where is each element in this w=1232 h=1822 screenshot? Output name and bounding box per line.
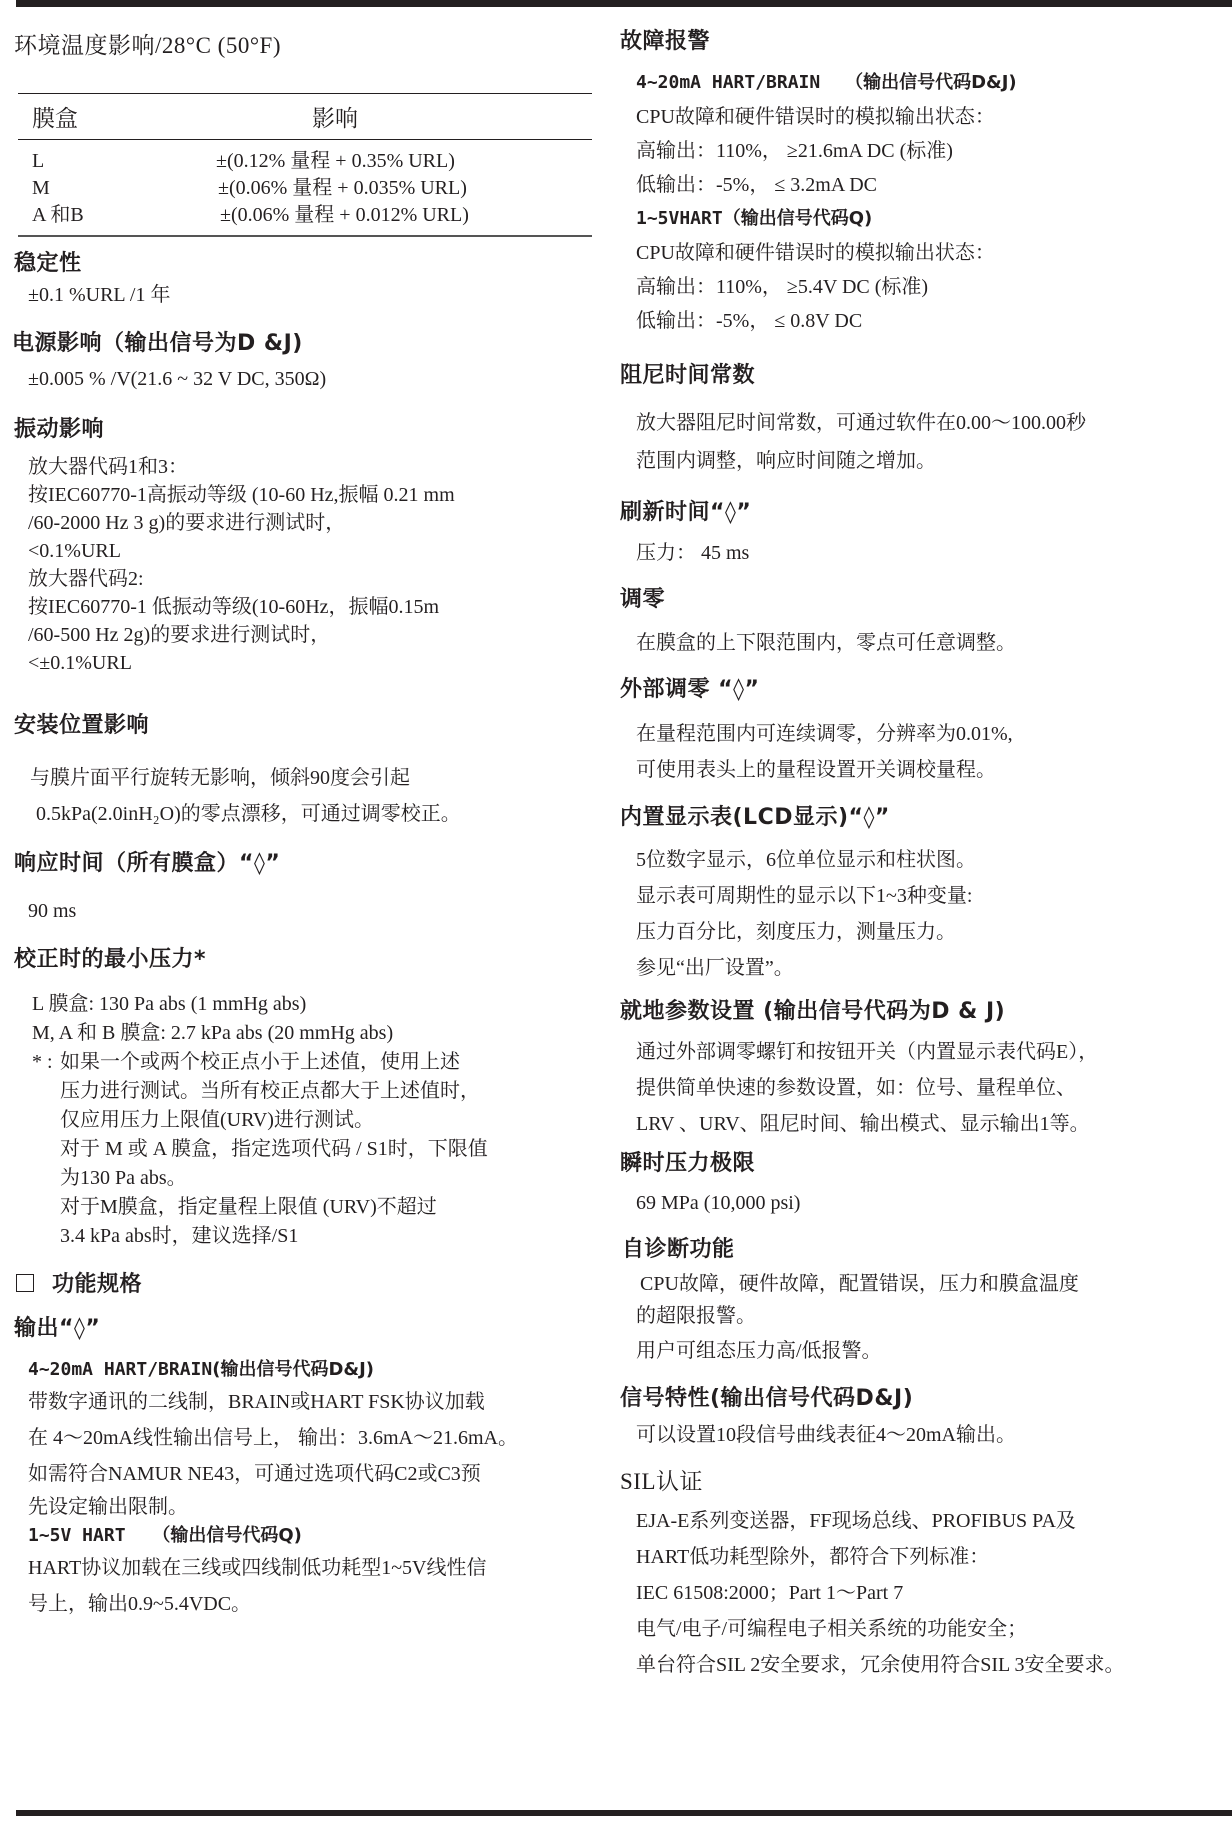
section-title-external-zero: 外部调零 “◊” — [620, 676, 759, 704]
section-title-overpressure: 瞬时压力极限 — [620, 1150, 755, 1178]
output-subheading-4-20ma: 4~20mA HART/BRAIN(输出信号代码D&J) — [28, 1356, 518, 1384]
section-title-update-time: 刷新时间“◊” — [620, 499, 751, 527]
text-line: 低输出：-5%， ≤ 3.2mA DC — [636, 168, 1017, 202]
section-title-ambient-temp: 环境温度影响/28°C (50°F) — [14, 32, 281, 60]
text-line: LRV 、URV、阻尼时间、输出模式、显示输出1等。 — [636, 1106, 1098, 1142]
vibration-body: 放大器代码1和3： 按IEC60770-1高振动等级 (10-60 Hz,振幅 … — [28, 453, 455, 677]
signal-code: 4~20mA HART/BRAIN — [636, 72, 831, 93]
text-line: <0.1%URL — [28, 537, 455, 565]
text-line: EJA-E系列变送器，FF现场总线、PROFIBUS PA及 — [636, 1503, 1125, 1539]
mounting-body: 与膜片面平行旋转无影响，倾斜90度会引起 0.5kPa(2.0inH₂O)的零点… — [30, 760, 461, 832]
text-line: ±0.005 % /V(21.6 ~ 32 V DC, 350Ω) — [28, 366, 326, 392]
text-line: 放大器代码2: — [28, 565, 455, 593]
text-line: CPU故障和硬件错误时的模拟输出状态： — [636, 236, 1017, 270]
text-line: 用户可组态压力高/低报警。 — [636, 1332, 1079, 1370]
text-line: 压力： 45 ms — [636, 538, 749, 568]
text-line: 号上，输出0.9~5.4VDC。 — [28, 1586, 518, 1622]
signal-code-label: (输出信号代码D&J) — [212, 1359, 374, 1380]
section-title-self-diag: 自诊断功能 — [622, 1236, 735, 1264]
text-line: L 膜盒: 130 Pa abs (1 mmHg abs) — [32, 990, 488, 1019]
text-line: 与膜片面平行旋转无影响，倾斜90度会引起 — [30, 760, 461, 796]
top-rule — [16, 0, 1232, 7]
text-line: 范围内调整，响应时间随之增加。 — [636, 442, 1086, 480]
ambient-temp-table: 膜盒 影响 L ±(0.12% 量程 + 0.35% URL) M ±(0.06… — [18, 93, 592, 237]
text-line: 3.4 kPa abs时，建议选择/S1 — [60, 1222, 488, 1251]
section-title-min-pressure: 校正时的最小压力* — [14, 946, 206, 974]
text-line: HART协议加载在三线或四线制低功耗型1~5V线性信 — [28, 1550, 518, 1586]
section-title-response-time: 响应时间（所有膜盒）“◊” — [14, 850, 280, 878]
text-line: 压力百分比，刻度压力，测量压力。 — [636, 914, 976, 950]
table-row: L ±(0.12% 量程 + 0.35% URL) — [18, 140, 592, 176]
section-title-power-supply: 电源影响（输出信号为D &J) — [12, 330, 303, 358]
overpressure-body: 69 MPa (10,000 psi) — [636, 1188, 800, 1218]
fault-subheading-1-5v: 1~5VHART（输出信号代码Q) — [636, 202, 1017, 236]
text-line: 5位数字显示，6位单位显示和柱状图。 — [636, 842, 976, 878]
signal-code: 1~5V HART — [28, 1525, 136, 1546]
lcd-body: 5位数字显示，6位单位显示和柱状图。 显示表可周期性的显示以下1~3种变量: 压… — [636, 842, 976, 986]
section-title-stability: 稳定性 — [14, 250, 82, 278]
table-row: M ±(0.06% 量程 + 0.035% URL) — [18, 175, 592, 202]
section-title-output: 输出“◊” — [14, 1315, 100, 1343]
text-line: 低输出：-5%， ≤ 0.8V DC — [636, 304, 1017, 338]
text-line: 69 MPa (10,000 psi) — [636, 1188, 800, 1218]
text-line: 参见“出厂设置”。 — [636, 950, 976, 986]
signal-code-label: （输出信号代码Q) — [136, 1525, 302, 1546]
effect-cell: ±(0.06% 量程 + 0.012% URL) — [162, 202, 592, 236]
text-line: 的超限报警。 — [636, 1300, 1079, 1332]
text-line: 仅应用压力上限值(URV)进行测试。 — [60, 1106, 488, 1135]
signal-code-label: （输出信号代码Q) — [723, 208, 873, 229]
text-line: 单台符合SIL 2安全要求，冗余使用符合SIL 3安全要求。 — [636, 1647, 1125, 1683]
capsule-cell: M — [18, 175, 162, 202]
section-title-damping: 阻尼时间常数 — [620, 362, 755, 390]
text-line: 为130 Pa abs。 — [60, 1164, 488, 1193]
text-line: 对于M膜盒，指定量程上限值 (URV)不超过 — [60, 1193, 488, 1222]
stability-body: ±0.1 %URL /1 年 — [28, 282, 170, 308]
signal-code: 1~5VHART — [636, 208, 723, 229]
self-diag-body: CPU故障，硬件故障，配置错误，压力和膜盒温度 的超限报警。 用户可组态压力高/… — [640, 1268, 1079, 1370]
text-line: 高输出：110%， ≥21.6mA DC (标准) — [636, 134, 1017, 168]
damping-body: 放大器阻尼时间常数，可通过软件在0.00～100.00秒 范围内调整，响应时间随… — [636, 404, 1086, 480]
text-line: M, A 和 B 膜盒: 2.7 kPa abs (20 mmHg abs) — [32, 1019, 488, 1048]
section-title-zero-adjust: 调零 — [620, 586, 665, 614]
text-line: 在 4～20mA线性输出信号上， 输出：3.6mA～21.6mA。 — [28, 1420, 518, 1456]
effect-cell: ±(0.12% 量程 + 0.35% URL) — [162, 140, 592, 176]
fault-alarm-body: 4~20mA HART/BRAIN （输出信号代码D&J) CPU故障和硬件错误… — [636, 66, 1017, 338]
text-line: 先设定输出限制。 — [28, 1492, 518, 1522]
signal-code: 4~20mA HART/BRAIN — [28, 1359, 212, 1380]
table-row: A 和B ±(0.06% 量程 + 0.012% URL) — [18, 202, 592, 236]
signal-code-label: （输出信号代码D&J) — [831, 72, 1017, 93]
text-line: 如果一个或两个校正点小于上述值，使用上述 — [60, 1048, 488, 1077]
table-header-effect: 影响 — [162, 94, 592, 140]
text-line: 0.5kPa(2.0inH₂O)的零点漂移，可通过调零校正。 — [30, 796, 461, 832]
section-title-mounting: 安装位置影响 — [14, 712, 149, 740]
text-line: 高输出：110%， ≥5.4V DC (标准) — [636, 270, 1017, 304]
text-line: <±0.1%URL — [28, 649, 455, 677]
text-line: CPU故障，硬件故障，配置错误，压力和膜盒温度 — [640, 1268, 1079, 1300]
text-line: /60-500 Hz 2g)的要求进行测试时， — [28, 621, 455, 649]
capsule-cell: A 和B — [18, 202, 162, 236]
text-line: 提供简单快速的参数设置，如：位号、量程单位、 — [636, 1070, 1098, 1106]
signal-char-body: 可以设置10段信号曲线表征4～20mA输出。 — [636, 1420, 1016, 1450]
text-line: 电气/电子/可编程电子相关系统的功能安全； — [636, 1611, 1125, 1647]
min-pressure-note: * : 如果一个或两个校正点小于上述值，使用上述 压力进行测试。当所有校正点都大… — [32, 1048, 488, 1251]
section-title-signal-char: 信号特性(输出信号代码D&J) — [620, 1385, 913, 1413]
text-line: 显示表可周期性的显示以下1~3种变量: — [636, 878, 976, 914]
text-line: CPU故障和硬件错误时的模拟输出状态： — [636, 100, 1017, 134]
text-line: 对于 M 或 A 膜盒，指定选项代码 / S1时，下限值 — [60, 1135, 488, 1164]
local-param-body: 通过外部调零螺钉和按钮开关（内置显示表代码E）， 提供简单快速的参数设置，如：位… — [636, 1034, 1098, 1142]
text-line: 按IEC60770-1高振动等级 (10-60 Hz,振幅 0.21 mm — [28, 481, 455, 509]
sil-body: EJA-E系列变送器，FF现场总线、PROFIBUS PA及 HART低功耗型除… — [636, 1503, 1125, 1683]
text-line: 90 ms — [28, 898, 76, 924]
text-line: 通过外部调零螺钉和按钮开关（内置显示表代码E）， — [636, 1034, 1098, 1070]
update-time-body: 压力： 45 ms — [636, 538, 749, 568]
output-body: 4~20mA HART/BRAIN(输出信号代码D&J) 带数字通讯的二线制，B… — [28, 1356, 518, 1622]
power-supply-body: ±0.005 % /V(21.6 ~ 32 V DC, 350Ω) — [28, 366, 326, 392]
capsule-cell: L — [18, 140, 162, 176]
text-line: 可使用表头上的量程设置开关调校量程。 — [636, 752, 1013, 788]
output-subheading-1-5v: 1~5V HART （输出信号代码Q) — [28, 1522, 518, 1550]
text-line: 按IEC60770-1 低振动等级(10-60Hz，振幅0.15m — [28, 593, 455, 621]
text-line: 放大器阻尼时间常数，可通过软件在0.00～100.00秒 — [636, 404, 1086, 442]
text-line: 可以设置10段信号曲线表征4～20mA输出。 — [636, 1420, 1016, 1450]
text-line: IEC 61508:2000；Part 1～Part 7 — [636, 1575, 1125, 1611]
section-title-fault-alarm: 故障报警 — [620, 28, 710, 56]
checkbox-square-icon — [16, 1274, 34, 1292]
section-title-functional-spec: 功能规格 — [16, 1271, 142, 1299]
section-title-vibration: 振动影响 — [14, 416, 104, 444]
text-line: /60-2000 Hz 3 g)的要求进行测试时， — [28, 509, 455, 537]
text-line: 在量程范围内可连续调零，分辨率为0.01%, — [636, 716, 1013, 752]
section-title-local-param: 就地参数设置 (输出信号代码为D & J) — [620, 998, 1005, 1026]
fault-subheading-4-20ma: 4~20mA HART/BRAIN （输出信号代码D&J) — [636, 66, 1017, 100]
effect-cell: ±(0.06% 量程 + 0.035% URL) — [162, 175, 592, 202]
text-line: 带数字通讯的二线制，BRAIN或HART FSK协议加载 — [28, 1384, 518, 1420]
section-title-sil: SIL认证 — [620, 1468, 703, 1496]
bottom-rule — [16, 1810, 1232, 1816]
note-marker: * : — [32, 1048, 53, 1077]
text-line: 放大器代码1和3： — [28, 453, 455, 481]
text-line: ±0.1 %URL /1 年 — [28, 282, 170, 308]
table-header-capsule: 膜盒 — [18, 94, 162, 140]
text-line: 在膜盒的上下限范围内，零点可任意调整。 — [636, 628, 1016, 658]
text-line: 压力进行测试。当所有校正点都大于上述值时， — [60, 1077, 488, 1106]
zero-adjust-body: 在膜盒的上下限范围内，零点可任意调整。 — [636, 628, 1016, 658]
functional-spec-label: 功能规格 — [52, 1272, 142, 1297]
response-time-body: 90 ms — [28, 898, 76, 924]
external-zero-body: 在量程范围内可连续调零，分辨率为0.01%, 可使用表头上的量程设置开关调校量程… — [636, 716, 1013, 788]
text-line: HART低功耗型除外，都符合下列标准： — [636, 1539, 1125, 1575]
section-title-lcd: 内置显示表(LCD显示)“◊” — [620, 804, 890, 832]
min-pressure-body: L 膜盒: 130 Pa abs (1 mmHg abs) M, A 和 B 膜… — [32, 990, 488, 1251]
text-line: 如需符合NAMUR NE43，可通过选项代码C2或C3预 — [28, 1456, 518, 1492]
